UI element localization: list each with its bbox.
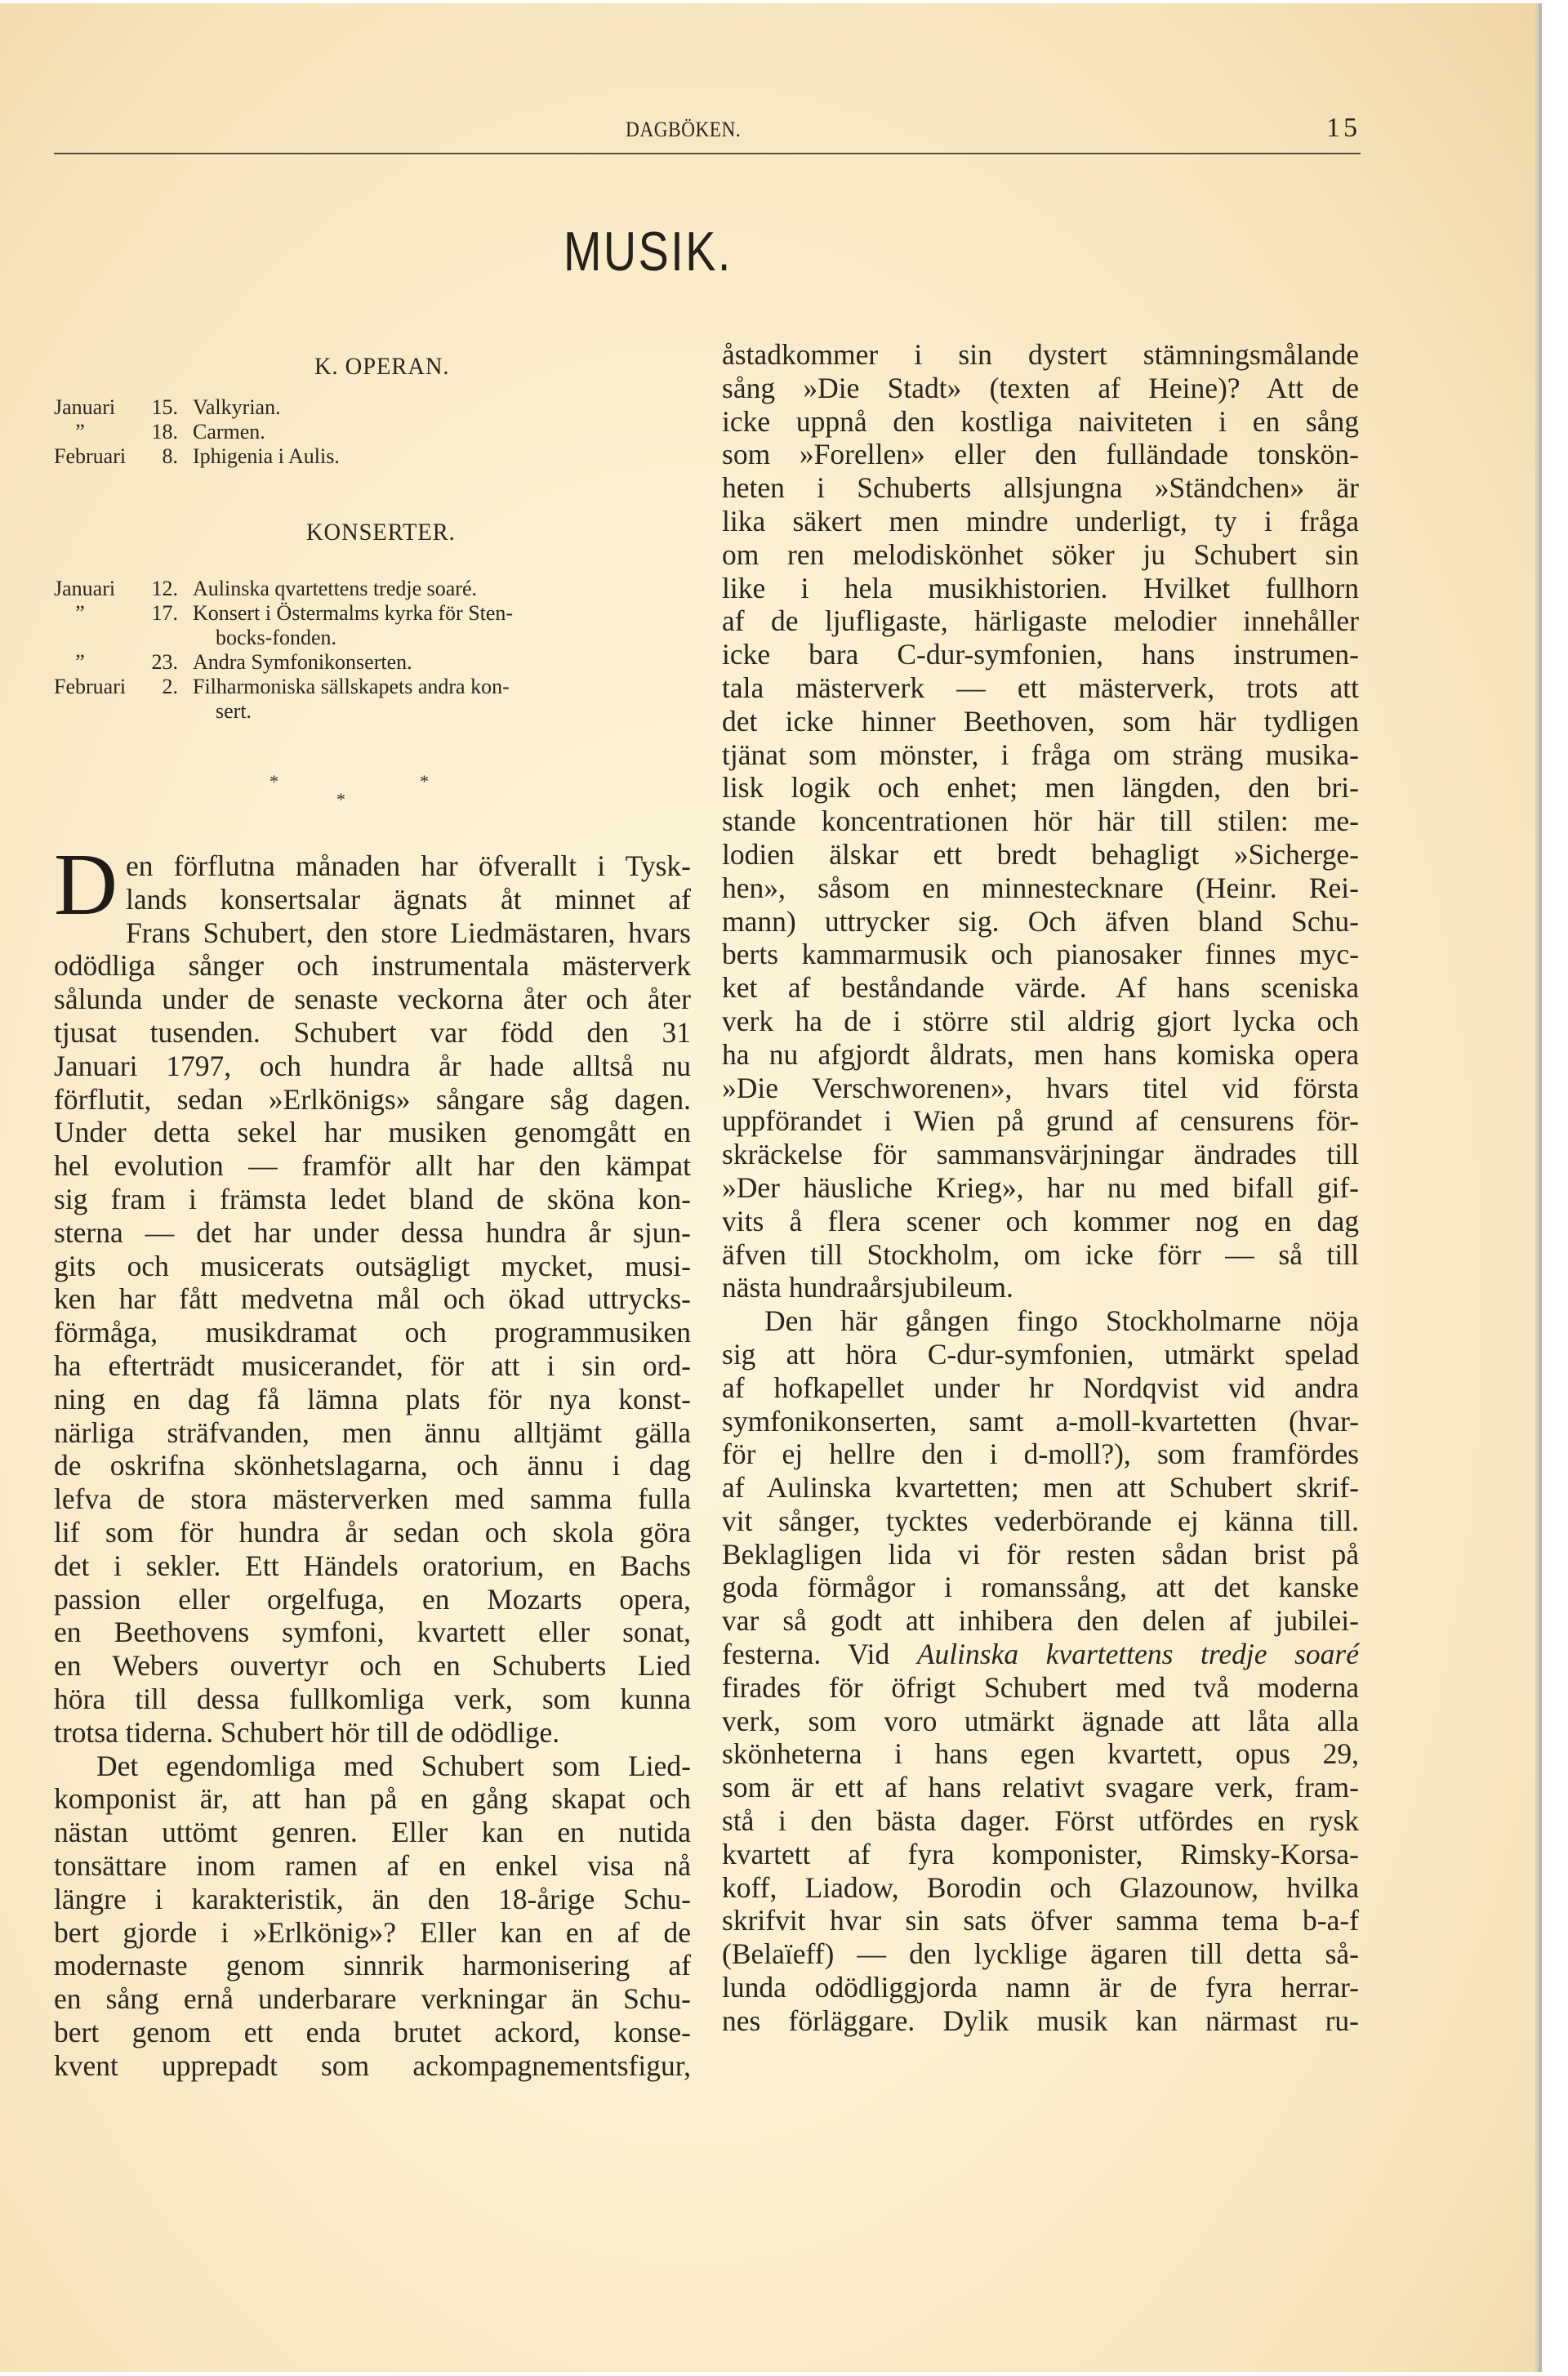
text-line: Beklagligen lida vi för resten sådan bri… [722,1538,1359,1571]
text-line: en sång ernå underbarare verkningar än S… [54,1982,691,2016]
text-line: tala mästerverk — ett mästerverk, trots … [722,671,1359,705]
listing-month: Januari [54,577,144,601]
concerts-heading: KONSERTER. [306,519,456,546]
text-line: de oskrifna skönhetslagarna, och ännu i … [54,1449,691,1482]
text-line: för ej hellre den i d-moll?), som framfö… [722,1438,1359,1471]
text-line: symfonikonserten, samt a-moll-kvartetten… [722,1405,1359,1438]
event-text: Konsert i Östermalms kyrka för Sten- [193,601,513,625]
drop-cap: D [54,851,118,916]
text-line: vit sånger, tycktes vederbörande ej känn… [722,1505,1359,1538]
text-line: komponist är, att han på en gång skapat … [54,1782,691,1816]
text-line: af de ljufligaste, härligaste melodier i… [722,604,1359,638]
text-line: bert genom ett enda brutet ackord, konse… [54,2016,691,2049]
text-line: koff, Liadow, Borodin och Glazounow, hvi… [722,1871,1359,1905]
listing-event: Carmen. [193,420,536,444]
text-line: af hofkapellet under hr Nordqvist vid an… [722,1371,1359,1405]
listing-day: 15. [144,395,178,420]
listing-month-ditto: ” [54,420,144,444]
listing-row: ” 23. Andra Symfonikonserten. [54,650,536,675]
event-continuation: bocks-fonden. [193,626,536,650]
text-line: sålunda under de senaste veckorna åter o… [54,983,691,1016]
text-line: det icke hinner Beethoven, som här tydli… [722,705,1359,738]
text-line: modernaste genom sinnrik harmonisering a… [54,1949,691,1982]
listing-row: Februari 8. Iphigenia i Aulis. [54,444,536,469]
text-line: lisk logik och enhet; men längden, den b… [722,771,1359,805]
opera-heading: K. OPERAN. [314,353,449,381]
listing-day: 18. [144,420,178,444]
text-line: Det egendomliga med Schubert som Lied- [54,1750,691,1783]
listing-event: Aulinska qvartettens tredje soaré. [193,577,536,601]
text-line: Den här gången fingo Stockholmarne nöja [722,1304,1359,1338]
asterism-separator: * * * [269,771,482,820]
event-text: Andra Symfonikonserten. [193,650,412,674]
star-icon: * [336,789,345,810]
text-line: nes förläggare. Dylik musik kan närmast … [722,2004,1359,2038]
listing-month-ditto: ” [54,650,144,675]
listing-row: ” 18. Carmen. [54,420,536,444]
text-line: uppförandet i Wien på grund af censurens… [722,1104,1359,1138]
listing-month-ditto: ” [54,601,144,650]
listing-row: Januari 12. Aulinska qvartettens tredje … [54,577,536,601]
text-line: om ren melodiskönhet söker ju Schubert s… [722,538,1359,572]
text-line: närliga sträfvanden, men ännu alltjämt g… [54,1416,691,1450]
text-line: ket af beståndande värde. Af hans scenis… [722,971,1359,1005]
text-line: ning en dag få lämna plats för nya konst… [54,1383,691,1416]
text-line: Under detta sekel har musiken genomgått … [54,1116,691,1149]
header-rule [54,153,1361,154]
text-line: skräckelse för sammansvärjningar ändrade… [722,1138,1359,1171]
text-span: festerna. Vid [722,1638,917,1670]
text-line: (Belaïeff) — den lycklige ägaren till de… [722,1937,1359,1971]
listing-row: ” 17. Konsert i Östermalms kyrka för Ste… [54,601,536,650]
text-line: tjusat tusenden. Schubert var född den 3… [54,1016,691,1050]
event-continuation: sert. [193,699,536,724]
text-line: skrifvit hvar sin sats öfver samma tema … [722,1904,1359,1937]
text-line: bert gjorde i »Erlkönig»? Eller kan en a… [54,1916,691,1950]
text-line: mann) uttrycker sig. Och äfven bland Sch… [722,905,1359,938]
text-line: nästan uttömt genren. Eller kan en nutid… [54,1816,691,1849]
text-line: trotsa tiderna. Schubert hör till de odö… [54,1716,691,1750]
text-line: odödliga sånger och instrumentala mäster… [54,949,691,983]
text-line: ha nu afgjordt åldrats, men hans komiska… [722,1038,1359,1072]
section-title: MUSIK. [563,220,733,283]
listing-month: Februari [54,444,144,469]
star-icon: * [420,771,429,792]
text-line: förflutit, sedan »Erlkönigs» sångare såg… [54,1083,691,1117]
text-line: vits å flera scener och kommer nog en da… [722,1205,1359,1238]
concerts-listing: Januari 12. Aulinska qvartettens tredje … [54,577,536,724]
listing-day: 12. [144,577,178,601]
star-icon: * [269,771,278,792]
text-line: som »Forellen» eller den fulländade tons… [722,438,1359,471]
text-line: stande koncentrationen hör här till stil… [722,805,1359,838]
text-line: kvent upprepadt som ackompagnementsfigur… [54,2049,691,2083]
text-line: goda förmågor i romanssång, att det kans… [722,1571,1359,1604]
text-line: lodien älskar ett bredt behagligt »Siche… [722,838,1359,871]
running-head: DAGBÖKEN. 15 [54,118,1361,155]
text-line: icke bara C-dur-symfonien, hans instrume… [722,638,1359,671]
listing-day: 17. [144,601,178,650]
text-line: längre i karakteristik, än den 18-årige … [54,1883,691,1916]
text-line: kvartett af fyra komponister, Rimsky-Kor… [722,1838,1359,1871]
text-line: skönheterna i hans egen kvartett, opus 2… [722,1737,1359,1771]
text-line: sig fram i främsta ledet bland de sköna … [54,1183,691,1216]
text-line: det i sekler. Ett Händels oratorium, en … [54,1549,691,1583]
text-line: passion eller orgelfuga, en Mozarts oper… [54,1583,691,1616]
event-text: Aulinska qvartettens tredje soaré. [193,577,477,600]
text-line: äfven till Stockholm, om icke förr — så … [722,1238,1359,1272]
text-line: verk ha de i större stil aldrig gjort ly… [722,1005,1359,1038]
italic-concert-title: Aulinska kvartettens tredje soaré [917,1638,1359,1670]
text-line: gits och musicerats outsägligt mycket, m… [54,1250,691,1283]
text-line: heten i Schuberts allsjungna »Ständchen»… [722,471,1359,505]
opera-listing: Januari 15. Valkyrian. ” 18. Carmen. Feb… [54,395,536,469]
text-line: sterna — det har under dessa hundra år s… [54,1216,691,1250]
text-line: icke uppnå den kostliga naiviteten i en … [722,405,1359,439]
text-line: hen», såsom en minnestecknare (Heinr. Re… [722,871,1359,905]
text-line-with-italic: festerna. Vid Aulinska kvartettens tredj… [722,1638,1359,1671]
article-left-column: D en förflutna månaden har öfverallt i T… [54,849,691,2082]
text-line: lunda odödliggjorda namn är de fyra herr… [722,1971,1359,2004]
text-line: som är ett af hans relativt svagare verk… [722,1771,1359,1804]
text-line: sång »Die Stadt» (texten af Heine)? Att … [722,372,1359,405]
listing-month: Januari [54,395,144,420]
text-line: en förflutna månaden har öfverallt i Tys… [54,849,691,883]
text-line: ha efterträdt musicerandet, för att i si… [54,1349,691,1383]
listing-event: Filharmoniska sällskapets andra kon- ser… [193,675,536,724]
text-line: like i hela musikhistorien. Hvilket full… [722,572,1359,605]
listing-day: 2. [144,675,178,724]
text-line: verk, som voro utmärkt ägnade att låta a… [722,1705,1359,1738]
text-line: sig att höra C-dur-symfonien, utmärkt sp… [722,1338,1359,1371]
page-number: 15 [1326,113,1361,144]
listing-day: 23. [144,650,178,675]
listing-day: 8. [144,444,178,469]
text-line: Frans Schubert, den store Liedmästaren, … [54,916,691,950]
text-line: Januari 1797, och hundra år hade alltså … [54,1050,691,1083]
text-line: en Webers ouvertyr och en Schuberts Lied [54,1649,691,1683]
text-line: ken har fått medvetna mål och ökad uttry… [54,1282,691,1316]
text-line: »Der häusliche Krieg», har nu med bifall… [722,1171,1359,1205]
listing-event: Iphigenia i Aulis. [193,444,536,469]
text-line: lands konsertsalar ägnats åt minnet af [54,883,691,916]
text-line: en Beethovens symfoni, kvartett eller so… [54,1616,691,1649]
text-line: berts kammarmusik och pianosaker finnes … [722,938,1359,971]
listing-row: Januari 15. Valkyrian. [54,395,536,420]
text-line: tonsättare inom ramen af en enkel visa n… [54,1849,691,1883]
text-line: »Die Verschworenen», hvars titel vid för… [722,1072,1359,1105]
listing-event: Konsert i Östermalms kyrka för Sten- boc… [193,601,536,650]
listing-row: Februari 2. Filharmoniska sällskapets an… [54,675,536,724]
text-line: lika säkert men mindre underligt, ty i f… [722,505,1359,538]
event-text: Filharmoniska sällskapets andra kon- [193,675,510,698]
text-line: förmåga, musikdramat och programmusiken [54,1316,691,1349]
text-line: af Aulinska kvartetten; men att Schubert… [722,1471,1359,1505]
running-title: DAGBÖKEN. [626,118,741,142]
book-page: DAGBÖKEN. 15 MUSIK. K. OPERAN. Januari 1… [0,3,1535,2372]
text-line: lif som för hundra år sedan och skola gö… [54,1516,691,1549]
listing-event: Valkyrian. [193,395,536,420]
text-line: hel evolution — framför allt har den käm… [54,1149,691,1183]
text-line: var så godt att inhibera den delen af ju… [722,1604,1359,1638]
text-line: åstadkommer i sin dystert stämningsmålan… [722,338,1359,372]
text-line: firades för öfrigt Schubert med två mode… [722,1671,1359,1705]
listing-month: Februari [54,675,144,724]
text-line: nästa hundraårsjubileum. [722,1271,1359,1304]
listing-event: Andra Symfonikonserten. [193,650,536,675]
text-line: tjänat som mönster, i fråga om sträng mu… [722,738,1359,772]
text-line: stå i den bästa dager. Först utfördes en… [722,1804,1359,1838]
article-right-column: åstadkommer i sin dystert stämningsmålan… [722,338,1359,2038]
text-line: lefva de stora mästerverken med samma fu… [54,1482,691,1516]
text-line: höra till dessa fullkomliga verk, som ku… [54,1683,691,1716]
